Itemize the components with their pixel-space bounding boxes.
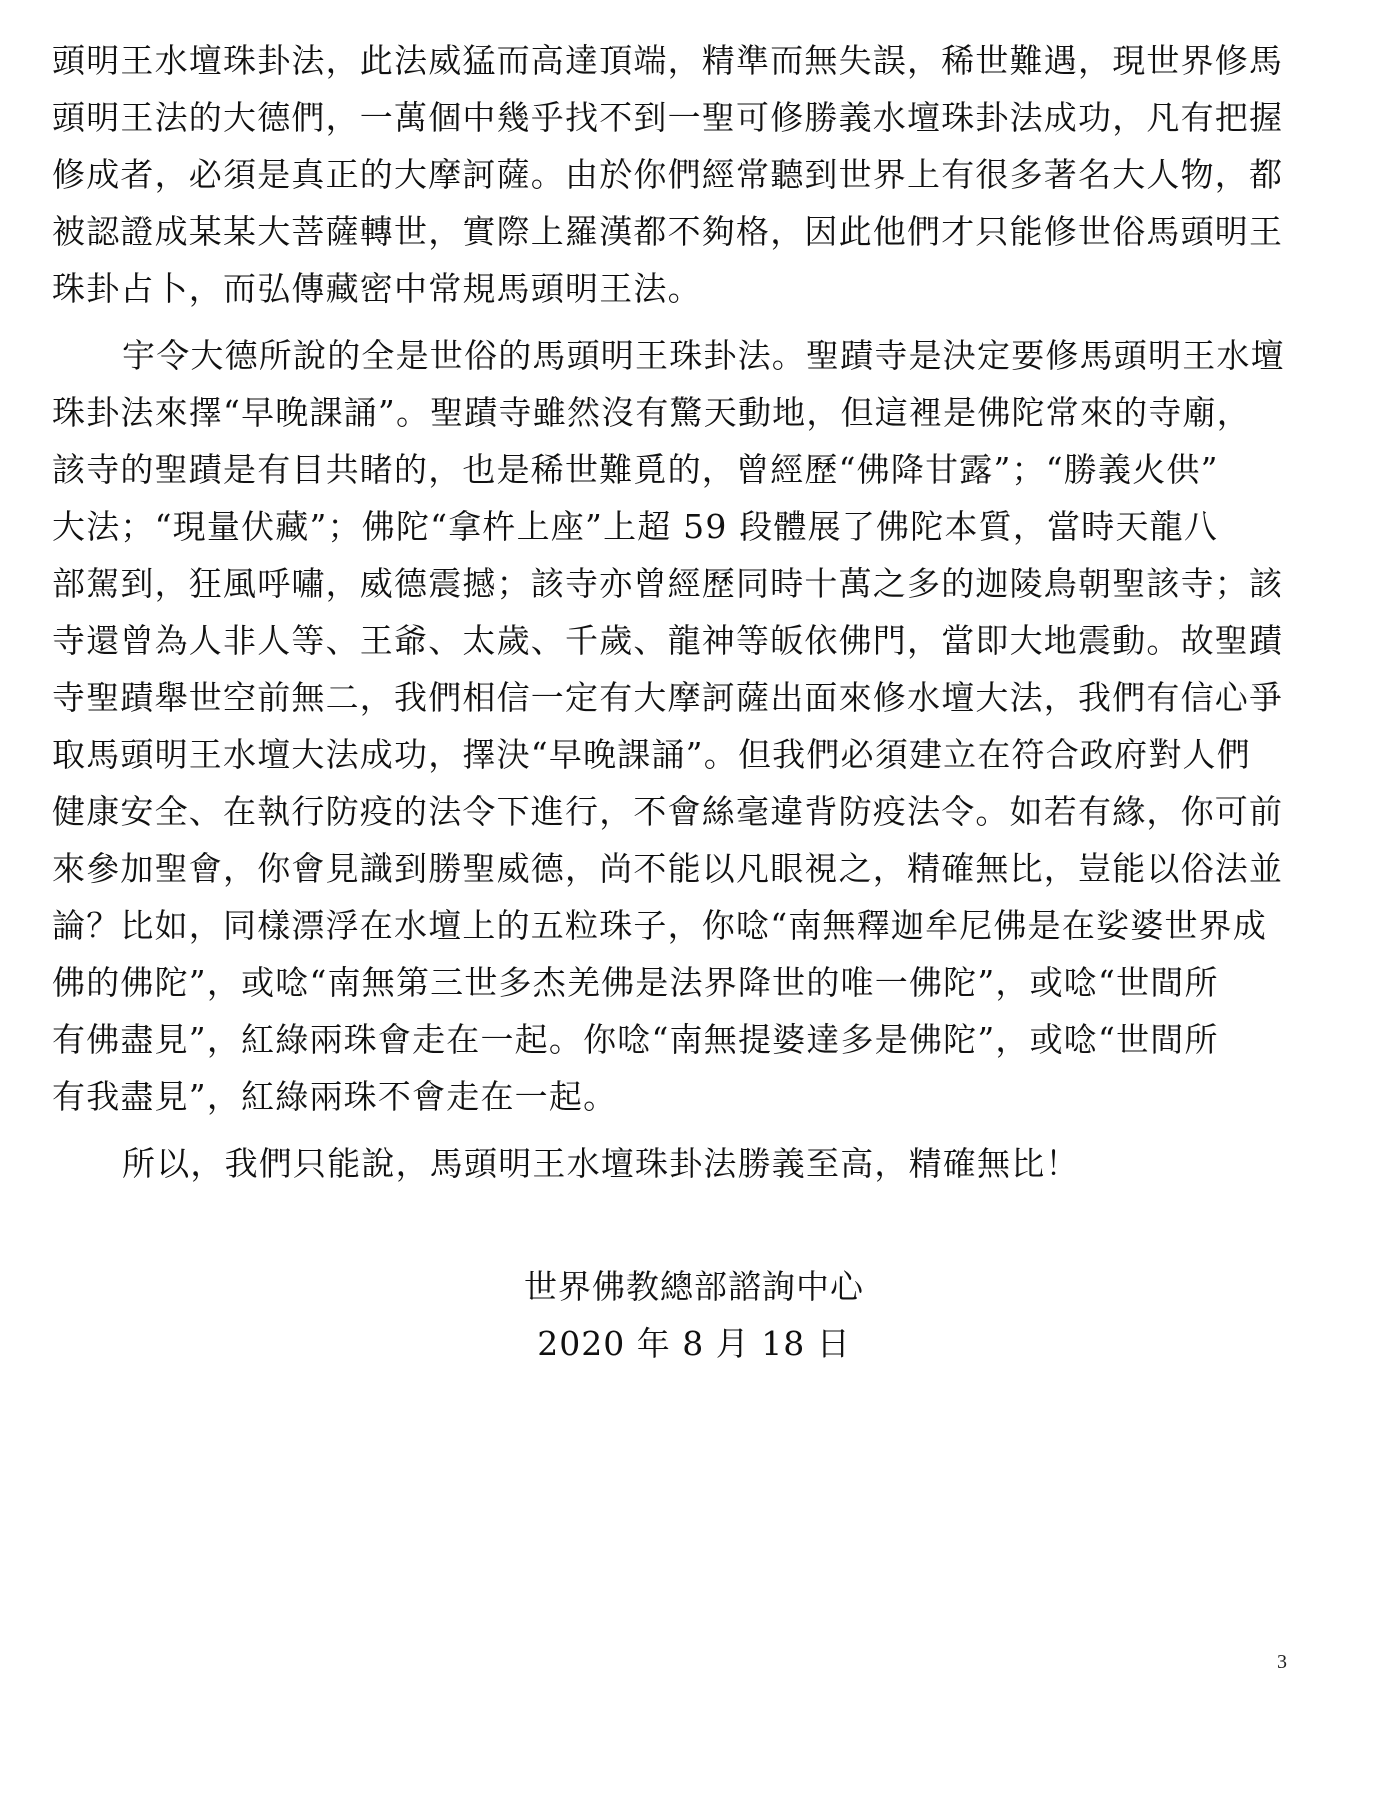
signature-organization: 世界佛教總部諮詢中心 — [0, 1258, 1388, 1315]
text-line: 頭明王水壇珠卦法，此法威猛而高達頂端，精準而無失誤，稀世難遇，現世界修馬 — [52, 32, 1302, 89]
text-line: 所以，我們只能說，馬頭明王水壇珠卦法勝義至高，精確無比！ — [52, 1135, 1302, 1192]
text-line: 有佛盡見”，紅綠兩珠會走在一起。你唸“南無提婆達多是佛陀”，或唸“世間所 — [52, 1011, 1302, 1068]
document-page: 頭明王水壇珠卦法，此法威猛而高達頂端，精準而無失誤，稀世難遇，現世界修馬 頭明王… — [0, 0, 1388, 1793]
text-line: 來參加聖會，你會見識到勝聖威德，尚不能以凡眼視之，精確無比，豈能以俗法並 — [52, 840, 1302, 897]
page-number: 3 — [1277, 1650, 1287, 1674]
text-line: 論？比如，同樣漂浮在水壇上的五粒珠子，你唸“南無釋迦牟尼佛是在娑婆世界成 — [52, 897, 1302, 954]
document-body: 頭明王水壇珠卦法，此法威猛而高達頂端，精準而無失誤，稀世難遇，現世界修馬 頭明王… — [52, 32, 1302, 1202]
text-line: 佛的佛陀”，或唸“南無第三世多杰羌佛是法界降世的唯一佛陀”，或唸“世間所 — [52, 954, 1302, 1011]
paragraph-3: 所以，我們只能說，馬頭明王水壇珠卦法勝義至高，精確無比！ — [52, 1135, 1302, 1192]
text-line: 寺還曾為人非人等、王爺、太歲、千歲、龍神等皈依佛門，當即大地震動。故聖蹟 — [52, 612, 1302, 669]
text-line: 該寺的聖蹟是有目共睹的，也是稀世難覓的，曾經歷“佛降甘露”；“勝義火供” — [52, 441, 1302, 498]
text-line: 部駕到，狂風呼嘯，威德震撼；該寺亦曾經歷同時十萬之多的迦陵鳥朝聖該寺；該 — [52, 555, 1302, 612]
text-line: 修成者，必須是真正的大摩訶薩。由於你們經常聽到世界上有很多著名大人物，都 — [52, 146, 1302, 203]
paragraph-2: 宇令大德所說的全是世俗的馬頭明王珠卦法。聖蹟寺是決定要修馬頭明王水壇 珠卦法來擇… — [52, 327, 1302, 1125]
text-line: 大法；“現量伏藏”；佛陀“拿杵上座”上超 59 段體展了佛陀本質，當時天龍八 — [52, 498, 1302, 555]
text-line: 被認證成某某大菩薩轉世，實際上羅漢都不夠格，因此他們才只能修世俗馬頭明王 — [52, 203, 1302, 260]
text-line: 健康安全、在執行防疫的法令下進行，不會絲毫違背防疫法令。如若有緣，你可前 — [52, 783, 1302, 840]
text-line: 寺聖蹟舉世空前無二，我們相信一定有大摩訶薩出面來修水壇大法，我們有信心爭 — [52, 669, 1302, 726]
signature-date: 2020 年 8 月 18 日 — [0, 1315, 1388, 1372]
text-line: 珠卦占卜，而弘傳藏密中常規馬頭明王法。 — [52, 260, 1302, 317]
text-line: 有我盡見”，紅綠兩珠不會走在一起。 — [52, 1068, 1302, 1125]
text-line: 頭明王法的大德們，一萬個中幾乎找不到一聖可修勝義水壇珠卦法成功，凡有把握 — [52, 89, 1302, 146]
text-line: 珠卦法來擇“早晚課誦”。聖蹟寺雖然沒有驚天動地，但這裡是佛陀常來的寺廟， — [52, 384, 1302, 441]
paragraph-1: 頭明王水壇珠卦法，此法威猛而高達頂端，精準而無失誤，稀世難遇，現世界修馬 頭明王… — [52, 32, 1302, 317]
signature-block: 世界佛教總部諮詢中心 2020 年 8 月 18 日 — [0, 1258, 1388, 1372]
text-line: 取馬頭明王水壇大法成功，擇決“早晚課誦”。但我們必須建立在符合政府對人們 — [52, 726, 1302, 783]
text-line: 宇令大德所說的全是世俗的馬頭明王珠卦法。聖蹟寺是決定要修馬頭明王水壇 — [52, 327, 1302, 384]
